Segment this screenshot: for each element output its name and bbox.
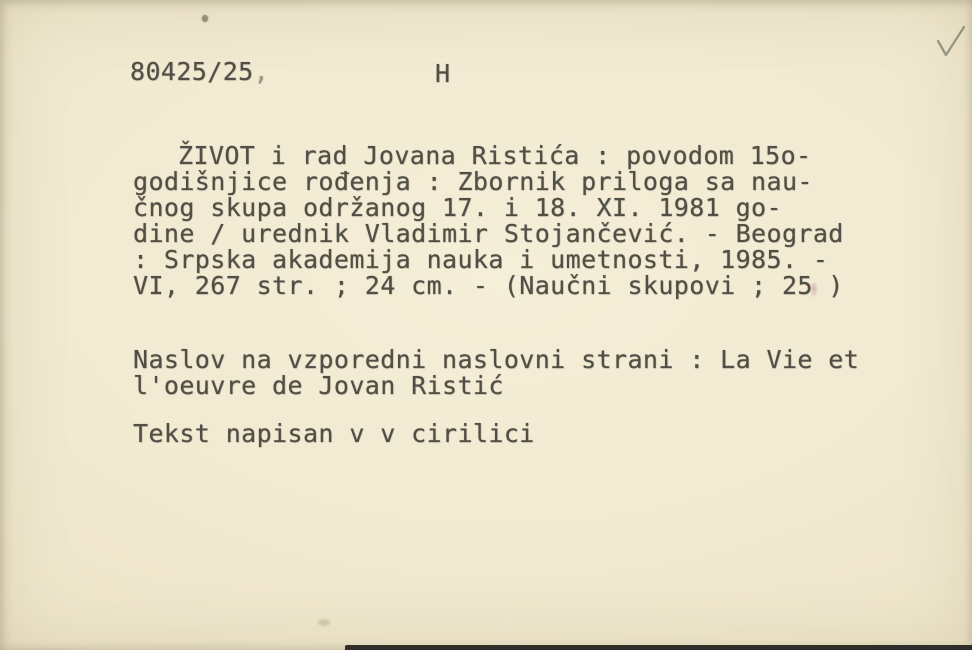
call-number-suffix: , [254,57,269,86]
title-line: čnog skupa održanog 17. i 18. XI. 1981 g… [133,195,782,221]
script-note-line: Tekst napisan v v cirilici [133,421,535,447]
call-number-text: 80425/25 [130,57,254,86]
title-line: ŽIVOT i rad Jovana Ristića : povodom 15o… [178,143,812,169]
call-number: 80425/25, [130,59,269,85]
note-line: Naslov na vzporedni naslovni strani : La… [133,347,859,373]
scan-edge-artifact [345,645,972,650]
title-line: dine / urednik Vladimir Stojančević. - B… [133,221,844,247]
heading-letter: H [435,61,450,87]
ink-speck [202,15,208,22]
title-line: godišnjice rođenja : Zbornik priloga sa … [133,169,813,195]
title-line: VI, 267 str. ; 24 cm. - (Naučni skupovi … [133,273,844,299]
paper-smudge [318,619,330,626]
catalog-card: 80425/25, H ŽIVOT i rad Jovana Ristića :… [0,0,972,650]
note-line: l'oeuvre de Jovan Ristić [133,373,504,399]
stray-red-mark [810,283,818,298]
title-line: : Srpska akademija nauka i umetnosti, 19… [133,247,828,273]
checkmark-icon [934,24,968,62]
